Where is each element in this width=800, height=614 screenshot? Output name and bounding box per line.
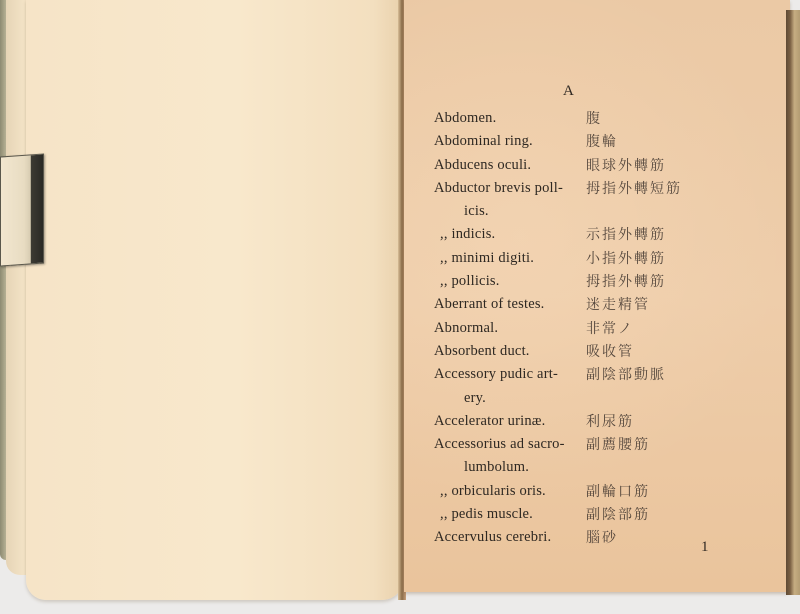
entry-english-term: ery. — [464, 387, 486, 410]
right-cover-edge — [786, 10, 800, 595]
entry-english-term: Accessory pudic art- — [434, 363, 558, 386]
entry-english-term: ,, orbicularis oris. — [440, 480, 546, 503]
entry-japanese-term: 副陰部動脈 — [586, 364, 666, 387]
entry-japanese-term: 副陰部筋 — [586, 504, 650, 527]
page-number: 1 — [701, 539, 709, 556]
entry-japanese-term: 示指外轉筋 — [586, 224, 666, 247]
entry-english-term: Abdomen. — [434, 107, 496, 130]
left-blank-page — [26, 0, 404, 600]
glossary-entry: lumbolum. — [434, 456, 724, 479]
entry-english-term: lumbolum. — [464, 456, 529, 479]
entry-english-term: Accelerator urinæ. — [434, 410, 546, 433]
entry-english-term: Accervulus cerebri. — [434, 526, 551, 549]
glossary-entry: Aberrant of testes.迷走精管 — [434, 293, 724, 316]
entry-english-term: ,, pollicis. — [440, 270, 500, 293]
entry-japanese-term: 拇指外轉筋 — [586, 271, 666, 294]
glossary-entry: Accelerator urinæ.利尿筋 — [434, 410, 724, 433]
glossary-entry: Abnormal.非常ノ — [434, 317, 724, 340]
entry-japanese-term: 腹輪 — [586, 131, 618, 154]
glossary-entry: Abducens oculi.眼球外轉筋 — [434, 154, 724, 177]
entry-english-term: Abdominal ring. — [434, 130, 533, 153]
entry-japanese-term: 拇指外轉短筋 — [586, 178, 682, 201]
entry-japanese-term: 腦砂 — [586, 527, 618, 550]
entry-japanese-term: 腹 — [586, 108, 602, 131]
entry-japanese-term: 非常ノ — [586, 318, 634, 341]
glossary-entry: icis. — [434, 200, 724, 223]
glossary-entry: Abdomen.腹 — [434, 107, 724, 130]
entry-japanese-term: 吸收管 — [586, 341, 634, 364]
entry-english-term: Abducens oculi. — [434, 154, 531, 177]
glossary-entry: ,, pollicis.拇指外轉筋 — [434, 270, 724, 293]
section-heading-letter: A — [563, 83, 574, 100]
entry-english-term: Abductor brevis poll- — [434, 177, 563, 200]
entry-english-term: Abnormal. — [434, 317, 498, 340]
glossary-entry: Abdominal ring.腹輪 — [434, 130, 724, 153]
glossary-entry: Absorbent duct.吸收管 — [434, 340, 724, 363]
glossary-entry: ,, indicis.示指外轉筋 — [434, 223, 724, 246]
entry-japanese-term: 副薦腰筋 — [586, 434, 650, 457]
entry-english-term: ,, indicis. — [440, 223, 495, 246]
glossary-entry: ery. — [434, 387, 724, 410]
open-book-spread: A Abdomen.腹Abdominal ring.腹輪Abducens ocu… — [0, 0, 800, 614]
glossary-entry-list: Abdomen.腹Abdominal ring.腹輪Abducens oculi… — [434, 107, 724, 550]
glossary-entry: Accessory pudic art-副陰部動脈 — [434, 363, 724, 386]
glossary-entry: ,, minimi digiti.小指外轉筋 — [434, 247, 724, 270]
glossary-entry: ,, orbicularis oris.副輪口筋 — [434, 480, 724, 503]
entry-english-term: Absorbent duct. — [434, 340, 530, 363]
bookmark-clip — [0, 153, 44, 266]
glossary-entry: Abductor brevis poll-拇指外轉短筋 — [434, 177, 724, 200]
entry-japanese-term: 迷走精管 — [586, 294, 650, 317]
entry-japanese-term: 眼球外轉筋 — [586, 155, 666, 178]
glossary-entry: Accervulus cerebri.腦砂 — [434, 526, 724, 549]
entry-japanese-term: 副輪口筋 — [586, 481, 650, 504]
glossary-entry: ,, pedis muscle.副陰部筋 — [434, 503, 724, 526]
glossary-entry: Accessorius ad sacro-副薦腰筋 — [434, 433, 724, 456]
entry-japanese-term: 小指外轉筋 — [586, 248, 666, 271]
entry-english-term: Accessorius ad sacro- — [434, 433, 565, 456]
entry-japanese-term: 利尿筋 — [586, 411, 634, 434]
entry-english-term: Aberrant of testes. — [434, 293, 545, 316]
entry-english-term: ,, minimi digiti. — [440, 247, 534, 270]
entry-english-term: icis. — [464, 200, 489, 223]
entry-english-term: ,, pedis muscle. — [440, 503, 533, 526]
